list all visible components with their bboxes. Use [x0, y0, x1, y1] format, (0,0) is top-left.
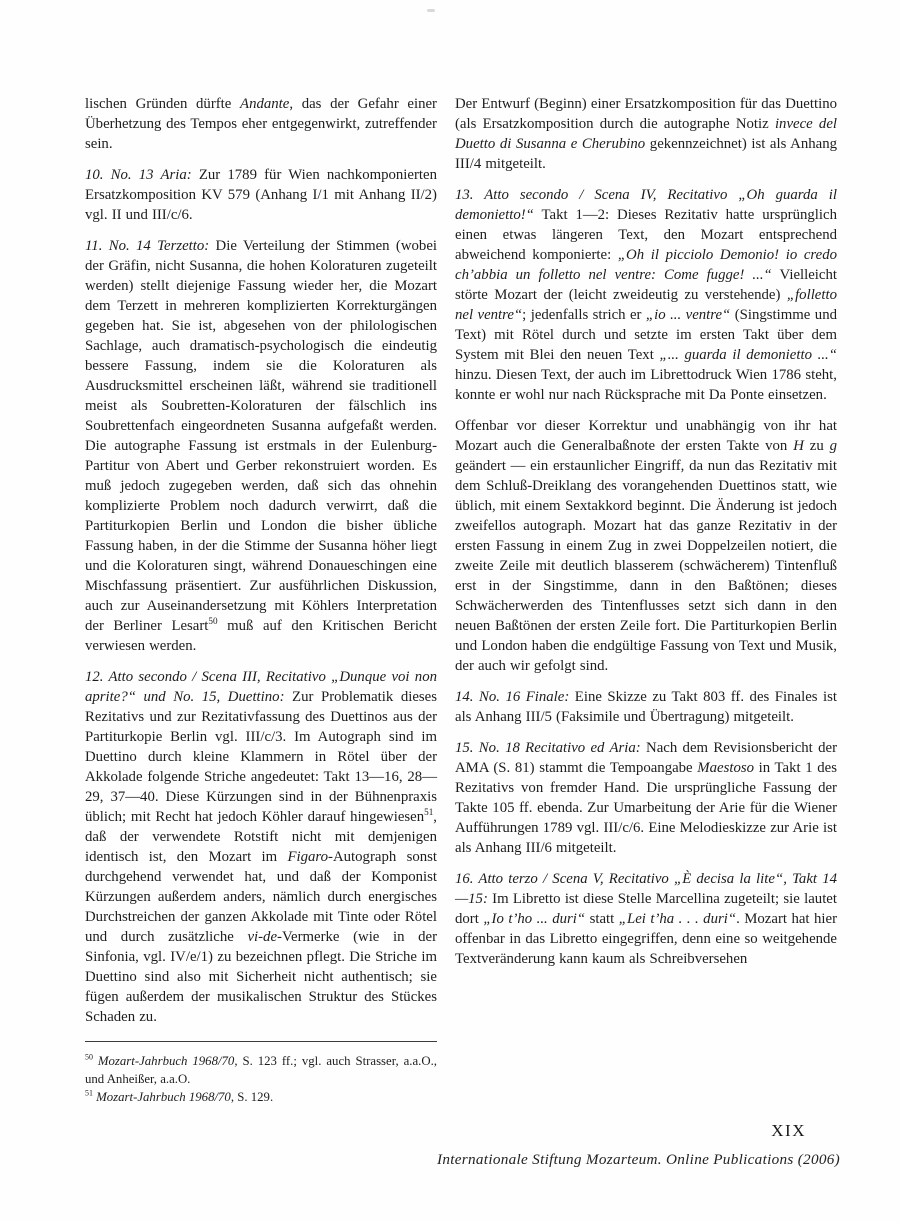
- right-text-column: Der Entwurf (Beginn) einer Ersatzkomposi…: [455, 94, 837, 980]
- left-text-column: lischen Gründen dürfte Andante, das der …: [85, 94, 437, 1108]
- paragraph-item-16: 16. Atto terzo / Scena V, Recitativo „È …: [455, 869, 837, 969]
- page-number: XIX: [771, 1121, 806, 1141]
- paragraph-item-15: 15. No. 18 Recitativo ed Aria: Nach dem …: [455, 738, 837, 858]
- paragraph-item-13-continued: Offenbar vor dieser Korrektur und unabhä…: [455, 416, 837, 676]
- paragraph-item-11: 11. No. 14 Terzetto: Die Verteilung der …: [85, 236, 437, 656]
- scan-artifact: [427, 9, 435, 12]
- footnote-separator-rule: [85, 1041, 437, 1042]
- paragraph-item-13: 13. Atto secondo / Scena IV, Recitativo …: [455, 185, 837, 405]
- paragraph-continuation-left: lischen Gründen dürfte Andante, das der …: [85, 94, 437, 154]
- paragraph-item-14: 14. No. 16 Finale: Eine Skizze zu Takt 8…: [455, 687, 837, 727]
- scanned-document-page: { "page": { "number": "XIX", "footer_cre…: [0, 0, 900, 1222]
- paragraph-item-12: 12. Atto secondo / Scena III, Recitativo…: [85, 667, 437, 1027]
- paragraph-item-10: 10. No. 13 Aria: Zur 1789 für Wien nachk…: [85, 165, 437, 225]
- footnote-50: 50 Mozart-Jahrbuch 1968/70, S. 123 ff.; …: [85, 1053, 437, 1088]
- footnote-51: 51 Mozart-Jahrbuch 1968/70, S. 129.: [85, 1089, 437, 1107]
- publication-credit: Internationale Stiftung Mozarteum. Onlin…: [437, 1151, 840, 1169]
- paragraph-continuation-right: Der Entwurf (Beginn) einer Ersatzkomposi…: [455, 94, 837, 174]
